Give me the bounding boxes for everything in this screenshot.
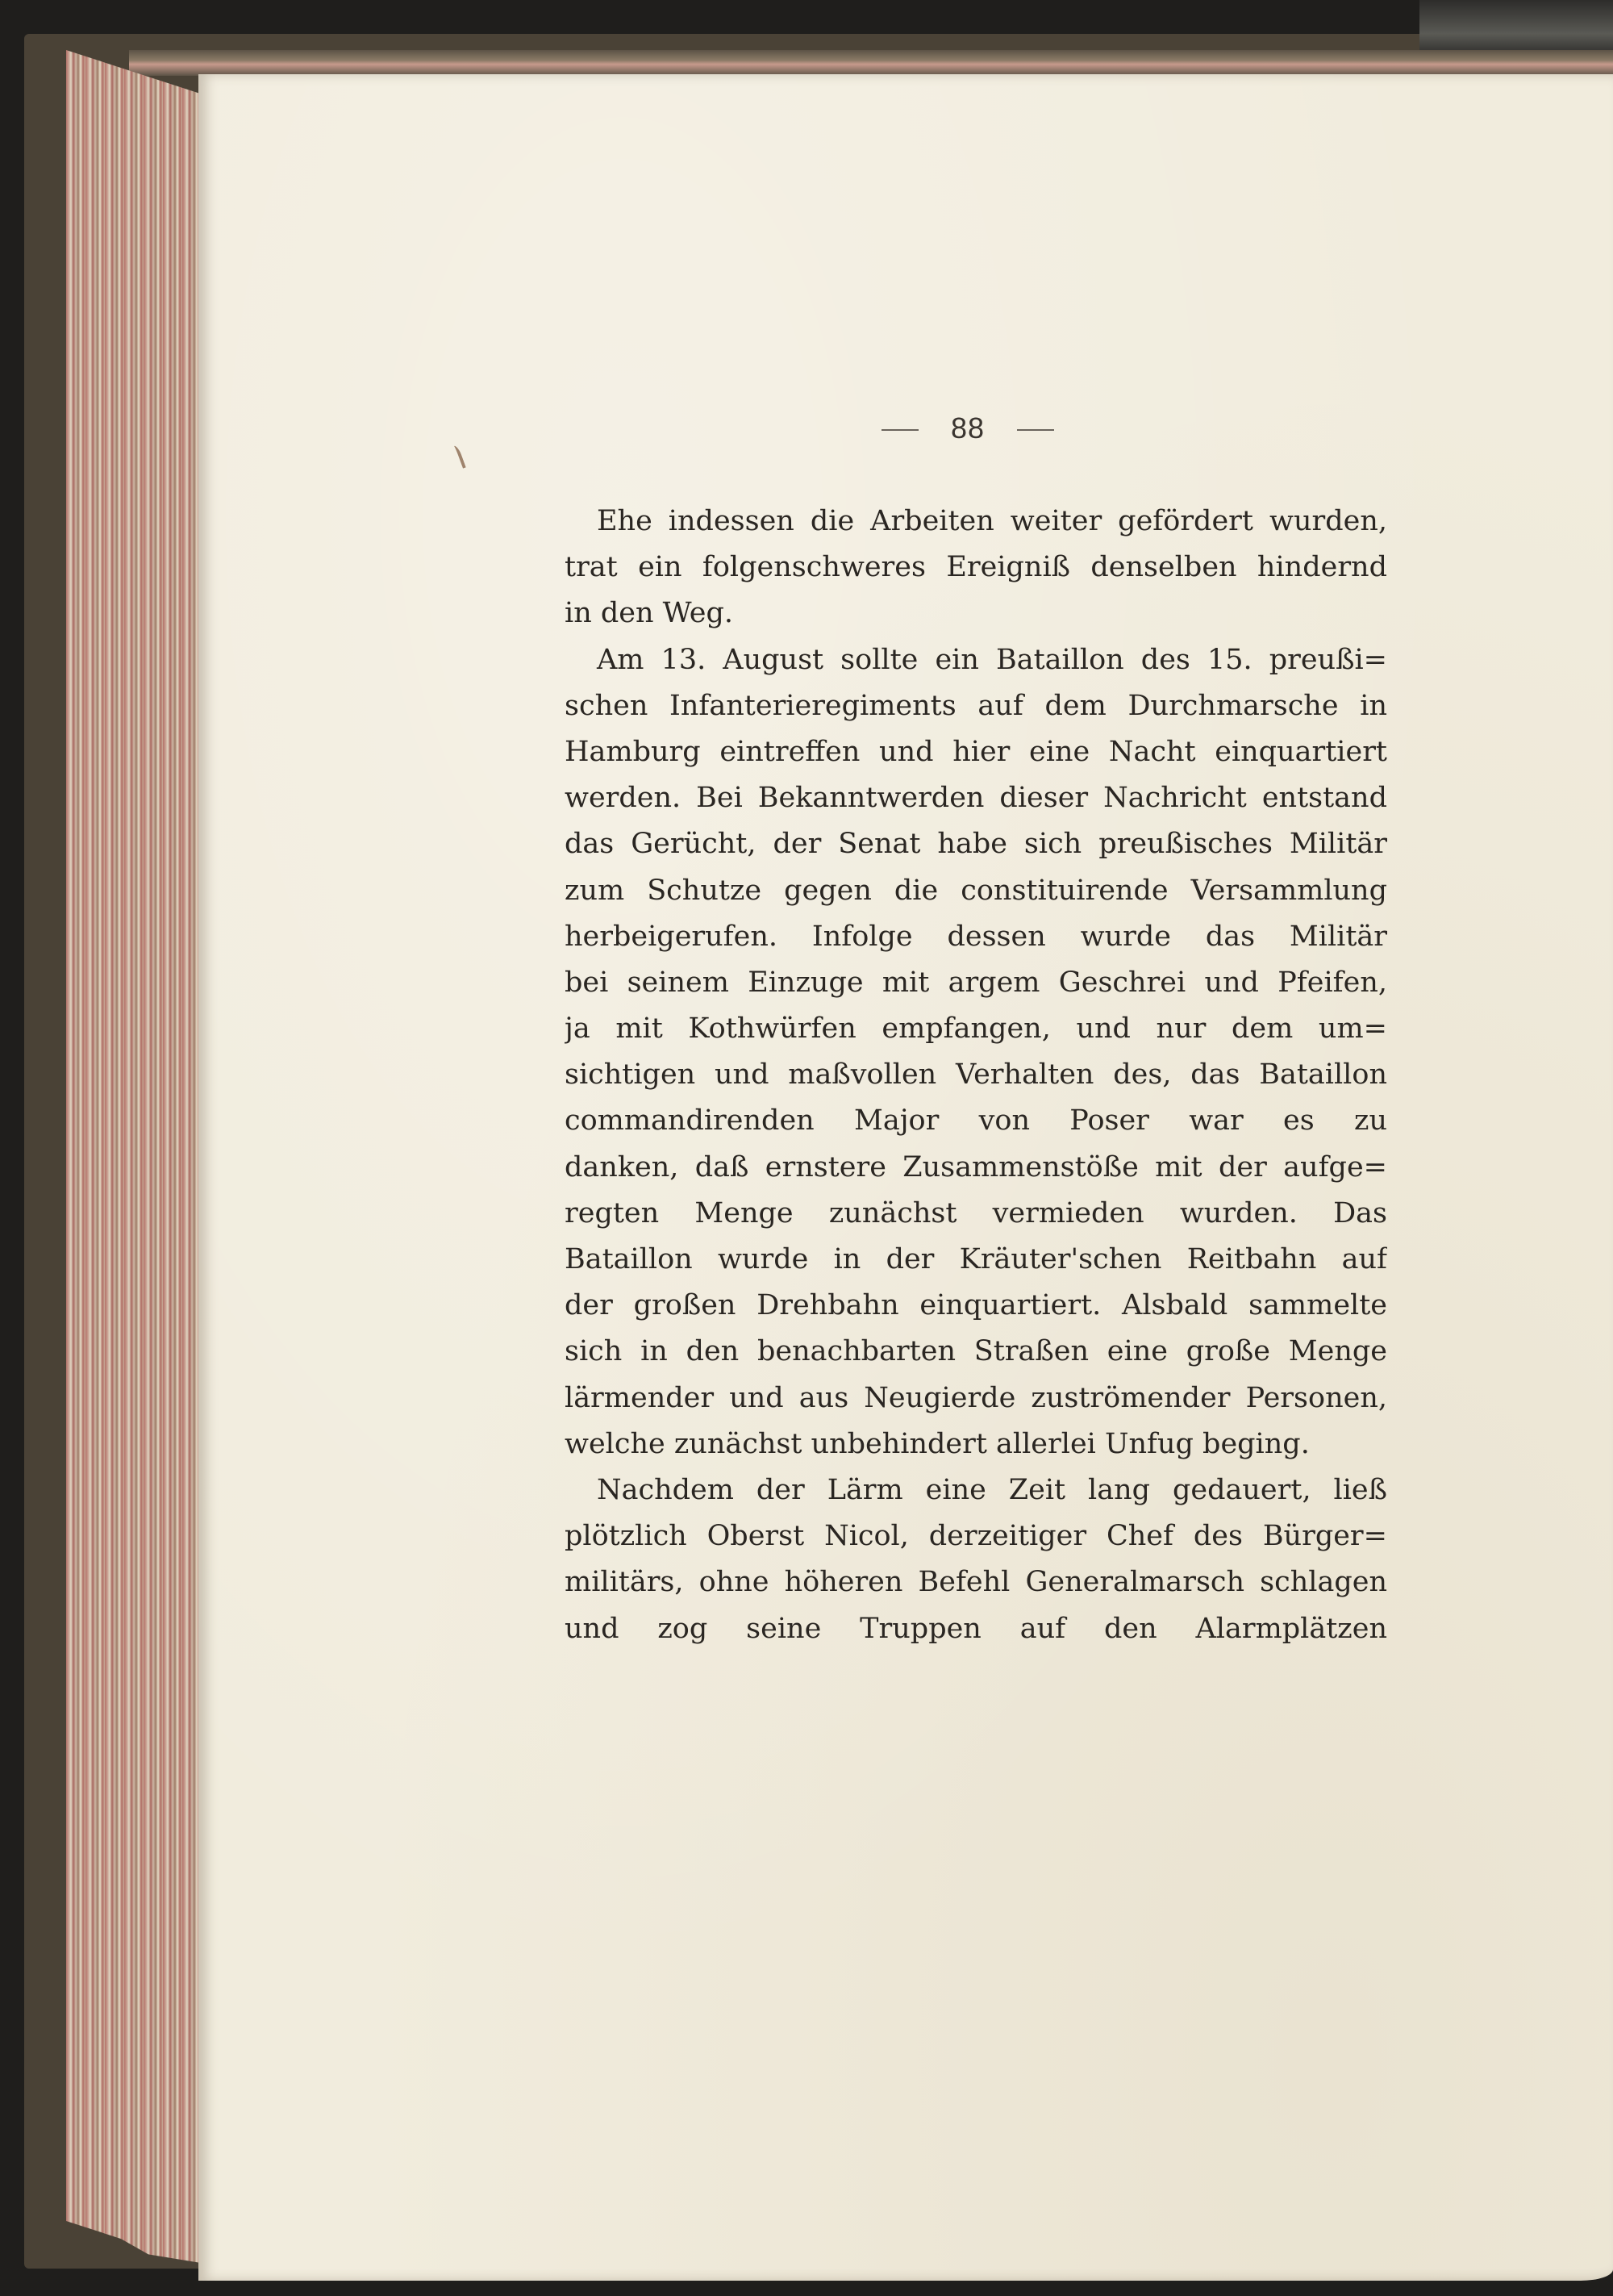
text-line: zum Schutze gegen die constituirende Ver… (565, 868, 1387, 914)
text-line: werden. Bei Bekanntwerden dieser Nachric… (565, 775, 1387, 821)
text-line: lärmender und aus Neugierde zuströmender… (565, 1376, 1387, 1421)
text-line: Am 13. August sollte ein Bataillon des 1… (565, 637, 1387, 683)
text-line: sich in den benachbarten Straßen eine gr… (565, 1329, 1387, 1375)
background-surface (1419, 0, 1613, 56)
text-line: Hamburg eintreffen und hier eine Nacht e… (565, 729, 1387, 775)
page-edges-stack (66, 50, 203, 2277)
text-line: plötzlich Oberst Nicol, derzeitiger Chef… (565, 1513, 1387, 1559)
right-dash (1017, 429, 1054, 431)
left-dash (882, 429, 919, 431)
text-line: ja mit Kothwürfen empfangen, und nur dem… (565, 1006, 1387, 1052)
text-line: und zog seine Truppen auf den Alarmplätz… (565, 1606, 1387, 1652)
text-line: militärs, ohne höheren Befehl Generalmar… (565, 1559, 1387, 1605)
body-text: Ehe indessen die Arbeiten weiter geförde… (565, 499, 1387, 1652)
text-line: bei seinem Einzuge mit argem Geschrei un… (565, 960, 1387, 1006)
page-number: 88 (951, 411, 985, 445)
text-line: sichtigen und maßvollen Verhalten des, d… (565, 1052, 1387, 1098)
text-line: regten Menge zunächst vermieden wurden. … (565, 1191, 1387, 1237)
text-line: commandirenden Major von Poser war es zu (565, 1098, 1387, 1144)
text-line: der großen Drehbahn einquartiert. Alsbal… (565, 1283, 1387, 1329)
text-line: schen Infanterieregiments auf dem Durchm… (565, 683, 1387, 729)
text-line: Nachdem der Lärm eine Zeit lang gedauert… (565, 1467, 1387, 1513)
text-line: Ehe indessen die Arbeiten weiter geförde… (565, 499, 1387, 545)
text-line: trat ein folgenschweres Ereigniß denselb… (565, 545, 1387, 591)
text-line: in den Weg. (565, 591, 1387, 637)
page-edges-top (129, 50, 1613, 76)
text-line: Bataillon wurde in der Kräuter'schen Rei… (565, 1237, 1387, 1283)
text-line: welche zunächst unbehindert allerlei Unf… (565, 1421, 1387, 1467)
page-number-header: 88 (806, 411, 1129, 445)
text-line: herbeigerufen. Infolge dessen wurde das … (565, 914, 1387, 960)
text-line: das Gerücht, der Senat habe sich preußis… (565, 821, 1387, 867)
text-line: danken, daß ernstere Zusammenstöße mit d… (565, 1145, 1387, 1191)
